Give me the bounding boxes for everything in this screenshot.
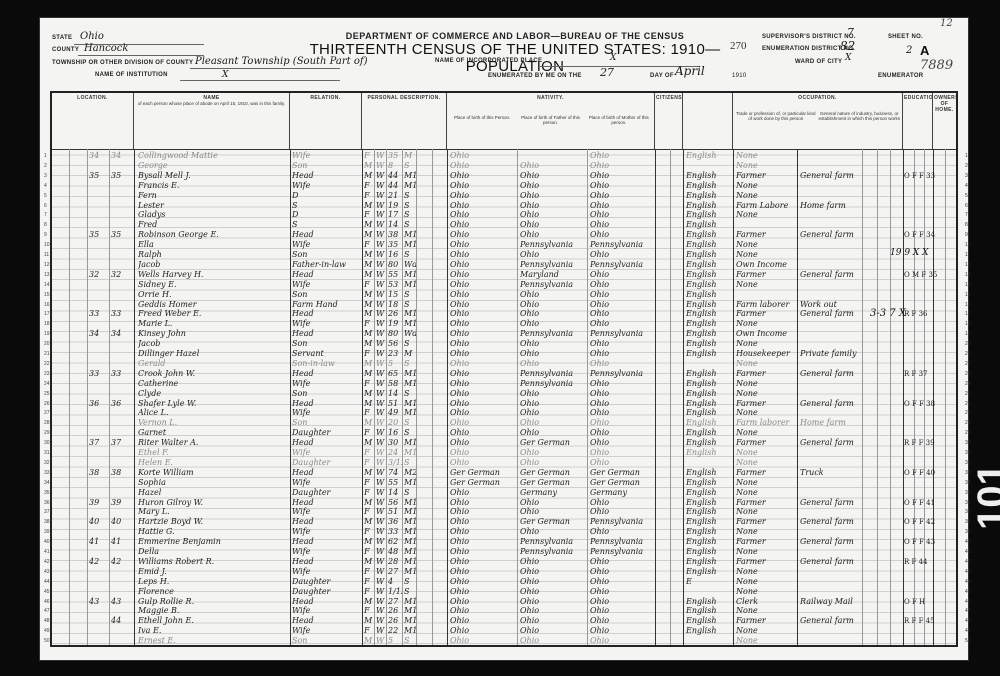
industry-cell: Truck — [800, 468, 862, 478]
relation-cell: Son — [292, 389, 360, 399]
mother-birthplace-cell: Ohio — [590, 230, 654, 240]
relation-cell: Wife — [292, 240, 360, 250]
relation-cell: Wife — [292, 408, 360, 418]
line-number-cell: 50 — [44, 636, 58, 646]
relation-cell: Wife — [292, 626, 360, 636]
mother-birthplace-cell: Ohio — [590, 379, 654, 389]
trade-cell: None — [736, 280, 796, 290]
dwelling-number-cell: 42 — [89, 557, 107, 567]
father-birthplace-cell: Ohio — [520, 359, 586, 369]
age-cell: 22 — [388, 626, 402, 636]
birthplace-cell: Ger German — [450, 478, 516, 488]
age-cell: 24 — [388, 448, 402, 458]
person-name-cell: Maggie B. — [138, 606, 288, 616]
marital-status-cell: M1 — [404, 309, 416, 319]
mother-birthplace-cell: Pennsylvania — [590, 517, 654, 527]
father-birthplace-cell: Ohio — [520, 636, 586, 646]
ward-value: X — [845, 53, 851, 63]
line-number-cell: 10 — [44, 240, 58, 250]
birthplace-cell: Ohio — [450, 300, 516, 310]
age-cell: 44 — [388, 171, 402, 181]
birthplace-cell: Ohio — [450, 230, 516, 240]
table-row: 35HazelDaughterFW14SOhioGermanyGermanyEn… — [52, 488, 956, 498]
relation-cell: Daughter — [292, 577, 360, 587]
marital-status-cell: M1 — [404, 280, 416, 290]
sex-cell: M — [364, 498, 374, 508]
industry-cell: General farm — [800, 369, 862, 379]
age-cell: 28 — [388, 557, 402, 567]
father-birthplace-cell: Ohio — [520, 587, 586, 597]
trade-cell: None — [736, 240, 796, 250]
right-line-number: 41 — [965, 547, 971, 557]
relation-cell: Wife — [292, 379, 360, 389]
father-birthplace-cell: Ohio — [520, 290, 586, 300]
relation-cell: S — [292, 201, 360, 211]
trade-cell: Farmer — [736, 171, 796, 181]
person-name-cell: Collingwood Mattie — [138, 151, 288, 161]
county-label: COUNTY — [52, 47, 79, 53]
relation-cell: Son — [292, 161, 360, 171]
dwelling-number-cell: 37 — [89, 438, 107, 448]
right-line-number: 50 — [965, 636, 971, 646]
dwelling-number-cell: 33 — [89, 309, 107, 319]
trade-cell: Farm laborer — [736, 418, 796, 428]
trade-cell: None — [736, 507, 796, 517]
race-cell: W — [376, 309, 386, 319]
table-row: 33535Bysall Mell J.HeadMW44M1OhioOhioOhi… — [52, 171, 956, 181]
race-cell: W — [376, 240, 386, 250]
birthplace-cell: Ohio — [450, 210, 516, 220]
race-cell: W — [376, 636, 386, 646]
family-number-cell: 33 — [111, 309, 131, 319]
table-row: 12JacobFather-in-lawMW80WdOhioPennsylvan… — [52, 260, 956, 270]
trade-cell: None — [736, 319, 796, 329]
marital-status-cell: M1 — [404, 408, 416, 418]
enumeration-district: 82 — [840, 39, 855, 53]
person-name-cell: Shafer Lyle W. — [138, 399, 288, 409]
enumerator-label: ENUMERATOR — [878, 73, 923, 79]
relation-cell: Head — [292, 270, 360, 280]
person-name-cell: Florence — [138, 587, 288, 597]
sex-cell: F — [364, 507, 374, 517]
sex-cell: M — [364, 597, 374, 607]
dwelling-number-cell: 39 — [89, 498, 107, 508]
ownership-cell: O F H — [904, 597, 964, 607]
father-birthplace-cell: Ohio — [520, 181, 586, 191]
age-cell: 62 — [388, 537, 402, 547]
age-cell: 1/12 — [388, 587, 402, 597]
father-birthplace-cell: Ohio — [520, 210, 586, 220]
birthplace-cell: Ohio — [450, 616, 516, 626]
person-name-cell: Lester — [138, 201, 288, 211]
age-cell: 17 — [388, 210, 402, 220]
sex-cell: F — [364, 191, 374, 201]
right-line-number: 21 — [965, 349, 971, 359]
line-number-cell: 16 — [44, 300, 58, 310]
table-row: 49Iva E.WifeFW22M1OhioOhioOhioEnglishNon… — [52, 626, 956, 636]
language-cell: English — [686, 428, 732, 438]
table-row: 10EllaWifeFW35M1OhioPennsylvaniaPennsylv… — [52, 240, 956, 250]
language-cell: E — [686, 577, 732, 587]
marital-status-cell: S — [404, 339, 416, 349]
race-cell: W — [376, 527, 386, 537]
language-cell: English — [686, 517, 732, 527]
mother-birthplace-cell: Ohio — [590, 616, 654, 626]
mother-birthplace-cell: Ohio — [590, 606, 654, 616]
birthplace-cell: Ohio — [450, 408, 516, 418]
race-cell: W — [376, 359, 386, 369]
sheet-number: 2 — [906, 45, 912, 56]
dwelling-number-cell: 35 — [89, 230, 107, 240]
line-number-cell: 38 — [44, 517, 58, 527]
sex-cell: F — [364, 319, 374, 329]
mother-birthplace-cell: Ohio — [590, 300, 654, 310]
sex-cell: F — [364, 349, 374, 359]
father-birthplace-cell: Maryland — [520, 270, 586, 280]
age-cell: 74 — [388, 468, 402, 478]
age-cell: 8 — [388, 161, 402, 171]
industry-cell: General farm — [800, 557, 862, 567]
enumerated-month: April — [675, 64, 705, 78]
mother-birthplace-cell: Ohio — [590, 220, 654, 230]
birthplace-cell: Ohio — [450, 488, 516, 498]
father-birthplace-cell: Pennsylvania — [520, 260, 586, 270]
ownership-cell: R F 36 — [904, 309, 964, 319]
table-row: 27Alice L.WifeFW49M1OhioOhioOhioEnglishN… — [52, 408, 956, 418]
marital-status-cell: S — [404, 587, 416, 597]
mother-birthplace-cell: Pennsylvania — [590, 260, 654, 270]
father-birthplace-cell: Ohio — [520, 339, 586, 349]
birthplace-cell: Ohio — [450, 220, 516, 230]
person-name-cell: Mary L. — [138, 507, 288, 517]
age-cell: 4 — [388, 577, 402, 587]
industry-cell: Home farm — [800, 201, 862, 211]
age-cell: 20 — [388, 418, 402, 428]
person-name-cell: Wells Harvey H. — [138, 270, 288, 280]
person-name-cell: Sophia — [138, 478, 288, 488]
line-number-cell: 47 — [44, 606, 58, 616]
relation-cell: Head — [292, 468, 360, 478]
father-birthplace-cell: Pennsylvania — [520, 379, 586, 389]
col-relation: RELATION. — [290, 93, 362, 149]
marital-status-cell: M1 — [404, 438, 416, 448]
table-row: 21Dillinger HazelServantFW23MOhioOhioOhi… — [52, 349, 956, 359]
enumerated-day: 27 — [600, 66, 614, 79]
person-name-cell: Clyde — [138, 389, 288, 399]
dwelling-number-cell: 43 — [89, 597, 107, 607]
line-number-cell: 19 — [44, 329, 58, 339]
language-cell: English — [686, 349, 732, 359]
industry-cell: General farm — [800, 270, 862, 280]
sex-cell: F — [364, 210, 374, 220]
col-citizenship: CITIZENSHIP. — [655, 93, 683, 149]
age-cell: 5 — [388, 359, 402, 369]
right-line-number: 1 — [965, 151, 968, 161]
trade-cell: None — [736, 161, 796, 171]
trade-cell: None — [736, 478, 796, 488]
language-cell: English — [686, 418, 732, 428]
mother-birthplace-cell: Ohio — [590, 498, 654, 508]
father-birthplace-cell: Ohio — [520, 448, 586, 458]
marital-status-cell: Wd — [404, 329, 416, 339]
table-row: 2GeorgeSonMW8SOhioOhioOhioNone2 — [52, 161, 956, 171]
trade-cell: None — [736, 408, 796, 418]
industry-cell: Work out — [800, 300, 862, 310]
trade-cell: Housekeeper — [736, 349, 796, 359]
birthplace-cell: Ohio — [450, 418, 516, 428]
father-birthplace-cell: Ohio — [520, 418, 586, 428]
race-cell: W — [376, 201, 386, 211]
relation-cell: Head — [292, 399, 360, 409]
father-birthplace-cell: Ger German — [520, 517, 586, 527]
age-cell: 23 — [388, 349, 402, 359]
table-row: 45FlorenceDaughterFW1/12SOhioOhioOhioNon… — [52, 587, 956, 597]
right-line-number: 11 — [965, 250, 970, 260]
birthplace-cell: Ohio — [450, 399, 516, 409]
language-cell: English — [686, 478, 732, 488]
right-line-number: 15 — [965, 290, 971, 300]
marital-status-cell: S — [404, 210, 416, 220]
sex-cell: M — [364, 517, 374, 527]
table-row: 173333Freed Weber E.HeadMW26M1OhioOhioOh… — [52, 309, 956, 319]
right-line-number: 18 — [965, 319, 971, 329]
sheet-letter: A — [920, 43, 929, 58]
ward-label: WARD OF CITY — [795, 59, 842, 65]
right-line-number: 5 — [965, 191, 968, 201]
mother-birthplace-cell: Pennsylvania — [590, 369, 654, 379]
trade-cell: Farm laborer — [736, 300, 796, 310]
year-label: 1910 — [732, 73, 747, 79]
trade-cell: Farmer — [736, 230, 796, 240]
birthplace-cell: Ger German — [450, 468, 516, 478]
sex-cell: M — [364, 161, 374, 171]
race-cell: W — [376, 626, 386, 636]
sex-cell: M — [364, 260, 374, 270]
sex-cell: F — [364, 280, 374, 290]
marital-status-cell: M1 — [404, 478, 416, 488]
mother-birthplace-cell: Ohio — [590, 309, 654, 319]
sex-cell: M — [364, 537, 374, 547]
right-line-number: 42 — [965, 557, 971, 567]
father-birthplace-cell: Germany — [520, 488, 586, 498]
trade-cell: None — [736, 191, 796, 201]
line-number-cell: 8 — [44, 220, 58, 230]
line-number-cell: 31 — [44, 448, 58, 458]
edge-stamp: 101 — [970, 410, 1000, 530]
sex-cell: M — [364, 171, 374, 181]
race-cell: W — [376, 616, 386, 626]
table-row: 22GeraldSon-in-lawMW5SOhioOhioOhioNone22 — [52, 359, 956, 369]
supervisor-district: 7 — [847, 26, 854, 39]
table-row: 7GladysDFW17SOhioOhioOhioEnglishNone7 — [52, 210, 956, 220]
line-number-cell: 27 — [44, 408, 58, 418]
mother-birthplace-cell: Ohio — [590, 290, 654, 300]
person-name-cell: Bysall Mell J. — [138, 171, 288, 181]
birthplace-cell: Ohio — [450, 349, 516, 359]
relation-cell: Son-in-law — [292, 359, 360, 369]
sex-cell: M — [364, 369, 374, 379]
col-occupation: OCCUPATION. Trade or profession of, or p… — [733, 93, 903, 149]
marital-status-cell: S — [404, 636, 416, 646]
marital-status-cell: M — [404, 151, 416, 161]
father-birthplace-cell: Ohio — [520, 498, 586, 508]
trade-cell: None — [736, 389, 796, 399]
census-table: LOCATION. NAMEof each person whose place… — [50, 91, 958, 647]
language-cell: English — [686, 507, 732, 517]
person-name-cell: Ralph — [138, 250, 288, 260]
marital-status-cell: S — [404, 161, 416, 171]
trade-cell: None — [736, 181, 796, 191]
trade-cell: Farmer — [736, 517, 796, 527]
relation-cell: Son — [292, 290, 360, 300]
person-name-cell: Ethel F. — [138, 448, 288, 458]
race-cell: W — [376, 379, 386, 389]
line-number-cell: 46 — [44, 597, 58, 607]
birthplace-cell: Ohio — [450, 597, 516, 607]
trade-cell: Farmer — [736, 557, 796, 567]
right-line-number: 13 — [965, 270, 971, 280]
line-number-cell: 12 — [44, 260, 58, 270]
mother-birthplace-cell: Ohio — [590, 151, 654, 161]
mother-birthplace-cell: Pennsylvania — [590, 329, 654, 339]
marital-status-cell: M1 — [404, 379, 416, 389]
table-row: 333838Korte WilliamHeadMW74M2Ger GermanG… — [52, 468, 956, 478]
race-cell: W — [376, 389, 386, 399]
relation-cell: D — [292, 191, 360, 201]
marital-status-cell: M1 — [404, 399, 416, 409]
industry-cell: Railway Mail — [800, 597, 862, 607]
table-row: 233333Crook John W.HeadMW65M1OhioPennsyl… — [52, 369, 956, 379]
language-cell: English — [686, 201, 732, 211]
father-birthplace-cell: Ohio — [520, 616, 586, 626]
race-cell: W — [376, 339, 386, 349]
line-number-cell: 42 — [44, 557, 58, 567]
trade-cell: None — [736, 379, 796, 389]
line-number-cell: 26 — [44, 399, 58, 409]
relation-cell: Wife — [292, 547, 360, 557]
birthplace-cell: Ohio — [450, 557, 516, 567]
mother-birthplace-cell: Ohio — [590, 399, 654, 409]
language-cell: English — [686, 606, 732, 616]
sex-cell: F — [364, 527, 374, 537]
race-cell: W — [376, 498, 386, 508]
line-number-cell: 3 — [44, 171, 58, 181]
race-cell: W — [376, 567, 386, 577]
relation-cell: Daughter — [292, 458, 360, 468]
marital-status-cell: S — [404, 488, 416, 498]
right-line-number: 10 — [965, 240, 971, 250]
ownership-cell: O F F 42 — [904, 517, 964, 527]
race-cell: W — [376, 488, 386, 498]
relation-cell: Wife — [292, 151, 360, 161]
right-line-number: 6 — [965, 201, 968, 211]
mother-birthplace-cell: Ohio — [590, 597, 654, 607]
birthplace-cell: Ohio — [450, 379, 516, 389]
language-cell: English — [686, 171, 732, 181]
race-cell: W — [376, 171, 386, 181]
sex-cell: M — [364, 220, 374, 230]
state-label: STATE — [52, 35, 72, 41]
relation-cell: D — [292, 210, 360, 220]
table-row: 41DellaWifeFW48M1OhioPennsylvaniaPennsyl… — [52, 547, 956, 557]
corner-page-number: 12 — [940, 18, 953, 29]
marital-status-cell: M1 — [404, 537, 416, 547]
language-cell: English — [686, 250, 732, 260]
language-cell: English — [686, 597, 732, 607]
marital-status-cell: M1 — [404, 527, 416, 537]
person-name-cell: Gulp Rollie R. — [138, 597, 288, 607]
relation-cell: Head — [292, 498, 360, 508]
ownership-cell: O M F 35 — [904, 270, 964, 280]
person-name-cell: Jacob — [138, 260, 288, 270]
dwelling-number-cell: 32 — [89, 270, 107, 280]
line-number-cell: 25 — [44, 389, 58, 399]
language-cell: English — [686, 527, 732, 537]
mother-birthplace-cell: Pennsylvania — [590, 537, 654, 547]
right-line-number: 14 — [965, 280, 971, 290]
line-number-cell: 40 — [44, 537, 58, 547]
mother-birthplace-cell: Germany — [590, 488, 654, 498]
birthplace-cell: Ohio — [450, 339, 516, 349]
line-number-cell: 23 — [44, 369, 58, 379]
table-row: 193434Kinsey JohnHeadMW80WdOhioPennsylva… — [52, 329, 956, 339]
marital-status-cell: M1 — [404, 369, 416, 379]
birthplace-cell: Ohio — [450, 567, 516, 577]
person-name-cell: Robinson George E. — [138, 230, 288, 240]
race-cell: W — [376, 191, 386, 201]
sex-cell: F — [364, 587, 374, 597]
birthplace-cell: Ohio — [450, 498, 516, 508]
age-cell: 48 — [388, 547, 402, 557]
person-name-cell: Alice L. — [138, 408, 288, 418]
marital-status-cell: S — [404, 201, 416, 211]
age-cell: 18 — [388, 300, 402, 310]
line-number-cell: 44 — [44, 577, 58, 587]
table-row: 44Leps H.DaughterFW4SOhioOhioOhioENone44 — [52, 577, 956, 587]
sex-cell: F — [364, 240, 374, 250]
race-cell: W — [376, 280, 386, 290]
father-birthplace-cell: Pennsylvania — [520, 537, 586, 547]
race-cell: W — [376, 230, 386, 240]
sex-cell: F — [364, 151, 374, 161]
col-language — [683, 93, 733, 149]
table-row: 133232Wells Harvey H.HeadMW55M1OhioMaryl… — [52, 270, 956, 280]
race-cell: W — [376, 329, 386, 339]
dwelling-number-cell: 38 — [89, 468, 107, 478]
ownership-cell: O F F 43 — [904, 537, 964, 547]
marital-status-cell: M1 — [404, 448, 416, 458]
mother-birthplace-cell: Ohio — [590, 408, 654, 418]
marital-status-cell: M1 — [404, 517, 416, 527]
industry-cell: General farm — [800, 171, 862, 181]
sex-cell: F — [364, 408, 374, 418]
father-birthplace-cell: Pennsylvania — [520, 240, 586, 250]
sex-cell: M — [364, 230, 374, 240]
right-line-number: 24 — [965, 379, 971, 389]
incorporated-place-label: NAME OF INCORPORATED PLACE — [435, 58, 542, 64]
age-cell: 35 — [388, 151, 402, 161]
sheet-label: SHEET NO. — [888, 34, 923, 40]
person-name-cell: Kinsey John — [138, 329, 288, 339]
marital-status-cell: M1 — [404, 597, 416, 607]
marital-status-cell: Wd — [404, 260, 416, 270]
mother-birthplace-cell: Ohio — [590, 557, 654, 567]
relation-cell: Wife — [292, 507, 360, 517]
birthplace-cell: Ohio — [450, 280, 516, 290]
person-name-cell: Hazel — [138, 488, 288, 498]
table-row: 93535Robinson George E.HeadMW38M1OhioOhi… — [52, 230, 956, 240]
census-sheet: DEPARTMENT OF COMMERCE AND LABOR—BUREAU … — [40, 18, 968, 660]
